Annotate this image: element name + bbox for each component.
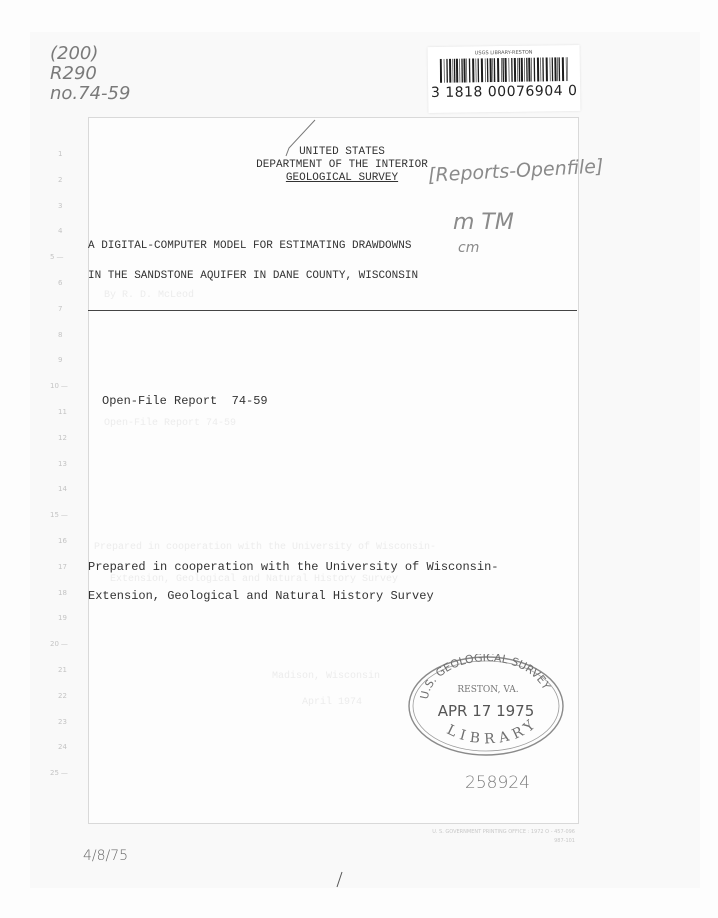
report-title-line-1: A DIGITAL-COMPUTER MODEL FOR ESTIMATING … xyxy=(88,240,411,252)
margin-line-number: 8 xyxy=(58,331,88,339)
agency-line-1: UNITED STATES xyxy=(242,146,442,159)
handwritten-mtm: m TM xyxy=(453,210,514,235)
stamp-date: APR 17 1975 xyxy=(438,702,535,720)
bleed-through-coop1: Prepared in cooperation with the Univers… xyxy=(94,542,436,553)
handwritten-date: 4/8/75 xyxy=(83,848,128,864)
stamp-location: RESTON, VA. xyxy=(457,685,518,695)
margin-line-number: 11 xyxy=(58,408,88,416)
handwritten-cm: cm xyxy=(458,240,479,256)
margin-line-number: 16 xyxy=(58,537,88,545)
margin-line-number: 24 xyxy=(58,743,88,751)
barcode-header: USGS LIBRARY-RESTON xyxy=(428,49,580,57)
report-number: 74-59 xyxy=(232,394,268,408)
margin-line-number: 20 xyxy=(50,640,80,648)
gpo-line-1: U. S. GOVERNMENT PRINTING OFFICE : 1972 … xyxy=(365,828,575,837)
margin-line-number: 6 xyxy=(58,279,88,287)
library-received-stamp: U.S. GEOLOGICAL SURVEY RESTON, VA. APR 1… xyxy=(406,654,566,758)
report-label: Open-File Report xyxy=(102,394,217,408)
call-number-line: R290 xyxy=(50,64,130,84)
margin-line-number: 10 xyxy=(50,382,80,390)
margin-line-number: 1 xyxy=(58,150,88,158)
margin-line-number: 21 xyxy=(58,666,88,674)
margin-line-number: 22 xyxy=(58,692,88,700)
margin-line-number: 18 xyxy=(58,589,88,597)
bleed-through-report: Open-File Report 74-59 xyxy=(104,418,236,429)
bleed-through-author: By R. D. McLeod xyxy=(104,290,194,301)
library-barcode-label: USGS LIBRARY-RESTON 3 1818 00076904 0 xyxy=(428,45,581,113)
margin-line-number: 13 xyxy=(58,460,88,468)
margin-line-number: 14 xyxy=(58,485,88,493)
gpo-footer: U. S. GOVERNMENT PRINTING OFFICE : 1972 … xyxy=(365,828,575,846)
cooperation-line-1: Prepared in cooperation with the Univers… xyxy=(88,560,498,574)
cooperation-line-2: Extension, Geological and Natural Histor… xyxy=(88,589,434,603)
title-divider xyxy=(88,310,577,311)
margin-line-number: 4 xyxy=(58,227,88,235)
pen-mark-icon xyxy=(335,870,345,890)
margin-line-number: 17 xyxy=(58,563,88,571)
handwritten-call-number: (200) R290 no.74-59 xyxy=(50,44,130,104)
barcode-number: 3 1818 00076904 0 xyxy=(428,83,580,101)
margin-line-number: 7 xyxy=(58,305,88,313)
margin-line-number: 9 xyxy=(58,356,88,364)
margin-line-number: 12 xyxy=(58,434,88,442)
gpo-line-2: 987-101 xyxy=(365,837,575,846)
agency-line-3: GEOLOGICAL SURVEY xyxy=(286,172,398,184)
handwritten-accession-number: 258924 xyxy=(465,773,530,793)
report-title-line-2: IN THE SANDSTONE AQUIFER IN DANE COUNTY,… xyxy=(88,270,418,282)
bleed-through-coop2: Extension, Geological and Natural Histor… xyxy=(110,574,398,585)
bleed-through-place: Madison, Wisconsin xyxy=(272,671,380,682)
open-file-report-number: Open-File Report 74-59 xyxy=(102,394,268,408)
agency-block: UNITED STATES DEPARTMENT OF THE INTERIOR… xyxy=(242,146,442,185)
bleed-through-date: April 1974 xyxy=(302,697,362,708)
call-number-line: (200) xyxy=(50,44,130,64)
call-number-line: no.74-59 xyxy=(50,84,130,104)
margin-line-number: 19 xyxy=(58,614,88,622)
margin-line-number: 5 xyxy=(50,253,80,261)
agency-line-2: DEPARTMENT OF THE INTERIOR xyxy=(242,159,442,172)
margin-line-number: 2 xyxy=(58,176,88,184)
margin-line-number: 15 xyxy=(50,511,80,519)
margin-line-number: 23 xyxy=(58,718,88,726)
barcode-icon xyxy=(440,57,568,83)
margin-line-number: 25 xyxy=(50,769,80,777)
margin-line-number: 3 xyxy=(58,202,88,210)
